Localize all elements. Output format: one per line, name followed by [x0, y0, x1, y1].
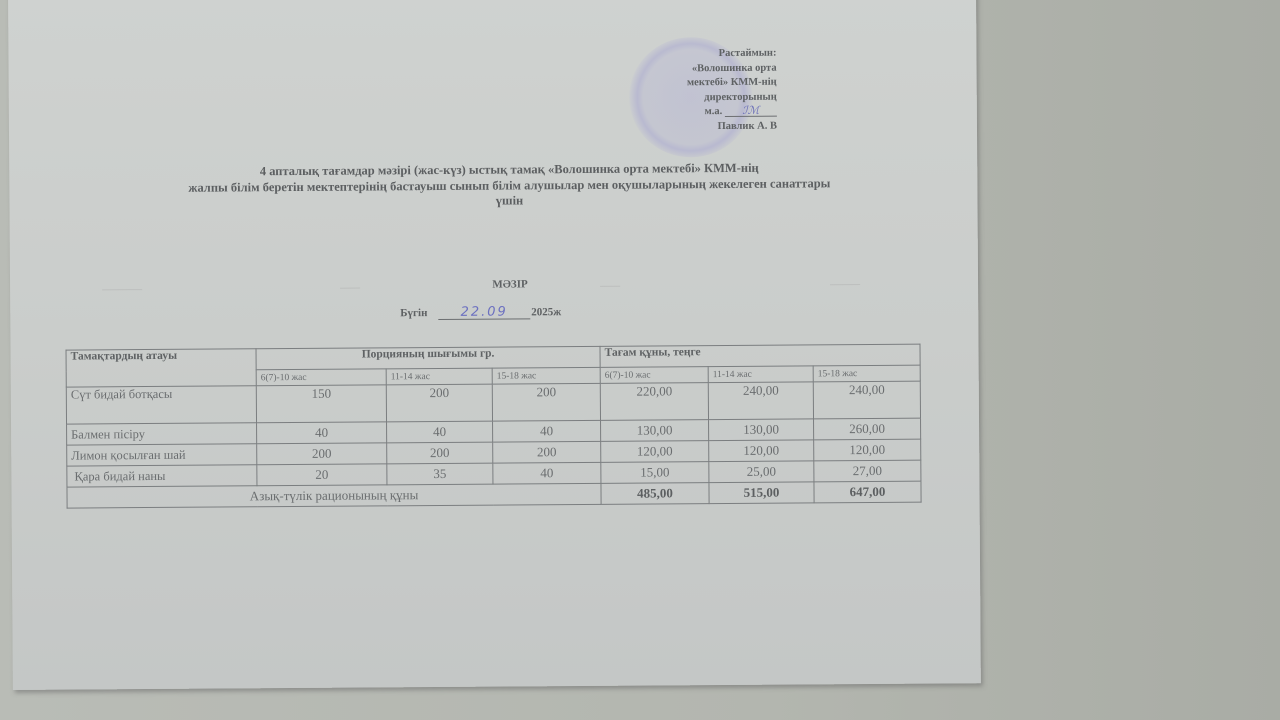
- header-portion-group: Порцияның шығымы гр.: [256, 346, 600, 369]
- dish-name: Қара бидай наны: [67, 465, 257, 487]
- price-cell: 120,00: [601, 441, 709, 463]
- price-cell: 27,00: [814, 460, 921, 482]
- subheader-age: 15-18 жас: [492, 367, 600, 384]
- subheader-age: 11-14 жас: [386, 368, 492, 385]
- signature-mark: ℐℳ: [725, 105, 777, 117]
- today-date-line: Бүгін 22.092025ж: [400, 305, 640, 321]
- divider: [340, 288, 360, 289]
- header-dish-name: Тамақтардың атауы: [66, 349, 256, 387]
- portion-cell: 200: [492, 383, 600, 421]
- portion-cell: 150: [256, 385, 386, 423]
- price-cell: 120,00: [814, 439, 921, 461]
- dish-name: Лимон қосылған шай: [67, 444, 257, 466]
- approval-signer: Павлик А. В: [649, 119, 777, 134]
- portion-cell: 40: [387, 421, 493, 443]
- handwritten-date: 22.09: [438, 305, 530, 320]
- price-cell: 25,00: [709, 461, 814, 483]
- price-cell: 130,00: [601, 420, 709, 442]
- price-cell: 260,00: [814, 418, 921, 440]
- total-cell: 515,00: [709, 482, 814, 504]
- subheader-age: 6(7)-10 жас: [600, 367, 708, 384]
- subheader-age: 11-14 жас: [708, 366, 813, 383]
- total-cell: 647,00: [814, 481, 921, 503]
- portion-cell: 40: [493, 462, 601, 484]
- approval-line: «Волошинка орта: [649, 61, 777, 76]
- dish-name: Балмен пісіру: [67, 423, 257, 445]
- menu-table: Тамақтардың атауы Порцияның шығымы гр. Т…: [66, 344, 922, 509]
- divider: [102, 289, 142, 290]
- subheader-age: 6(7)-10 жас: [256, 369, 386, 386]
- portion-cell: 20: [257, 464, 387, 486]
- portion-cell: 200: [386, 384, 492, 422]
- today-label: Бүгін: [400, 307, 427, 319]
- price-cell: 240,00: [708, 382, 813, 420]
- approval-line-signature: м.а. ℐℳ: [649, 105, 777, 120]
- portion-cell: 200: [493, 441, 601, 463]
- price-cell: 15,00: [601, 462, 709, 484]
- portion-cell: 200: [387, 442, 493, 464]
- approval-line: Растаймын:: [648, 47, 776, 62]
- subheader-age: 15-18 жас: [813, 365, 920, 382]
- portion-cell: 200: [257, 443, 387, 465]
- total-cell: 485,00: [601, 483, 709, 505]
- price-cell: 240,00: [813, 381, 920, 419]
- header-price-group: Тағам құны, теңге: [600, 344, 920, 367]
- year-suffix: 2025ж: [531, 306, 561, 318]
- approval-block: Растаймын: «Волошинка орта мектебі» КММ-…: [648, 47, 777, 135]
- portion-cell: 35: [387, 463, 493, 485]
- dish-name: Сүт бидай ботқасы: [66, 386, 256, 424]
- total-label: Азық-түлік рационының құны: [67, 483, 601, 508]
- price-cell: 130,00: [709, 419, 814, 441]
- portion-cell: 40: [257, 422, 387, 444]
- approval-line: мектебі» КММ-нің: [649, 76, 777, 91]
- portion-cell: 40: [493, 420, 601, 442]
- table-row: Сүт бидай ботқасы 150 200 200 220,00 240…: [66, 381, 920, 424]
- price-cell: 120,00: [709, 440, 814, 462]
- menu-heading: МӘЗІР: [410, 278, 610, 291]
- menu-document-page: Растаймын: «Волошинка орта мектебі» КММ-…: [8, 0, 981, 690]
- document-title: 4 апталық тағамдар мәзірі (жас-күз) ысты…: [79, 160, 939, 213]
- divider: [830, 284, 860, 285]
- price-cell: 220,00: [600, 383, 708, 421]
